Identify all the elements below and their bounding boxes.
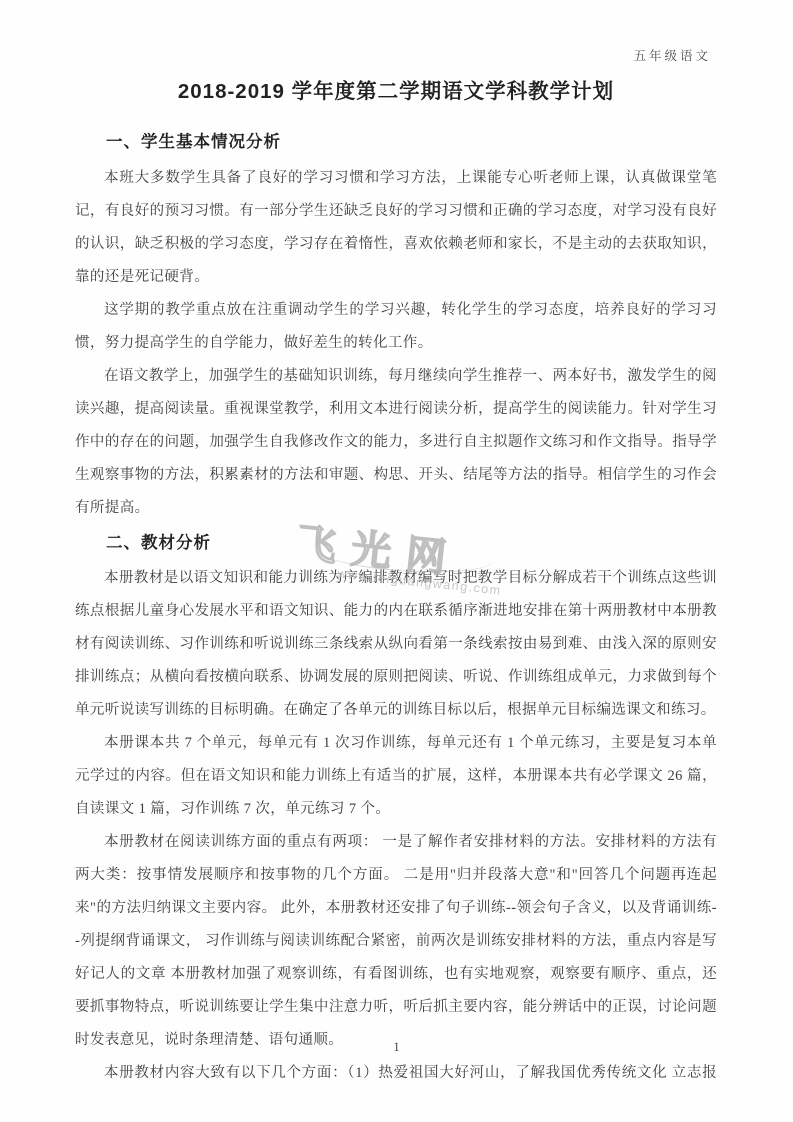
paragraph: 这学期的教学重点放在注重调动学生的学习兴趣，转化学生的学习态度，培养良好的学习习… [75, 294, 717, 360]
paragraph: 本册课本共 7 个单元，每单元有 1 次习作训练，每单元还有 1 个单元练习，主… [75, 727, 717, 826]
document-title: 2018-2019 学年度第二学期语文学科教学计划 [75, 78, 717, 106]
section-heading-textbook-analysis: 二、教材分析 [106, 533, 717, 554]
section-heading-student-analysis: 一、学生基本情况分析 [106, 132, 717, 153]
grade-subject-label: 五年级语文 [75, 48, 717, 64]
paragraph: 本班大多数学生具备了良好的学习习惯和学习方法，上课能专心听老师上课，认真做课堂笔… [75, 162, 717, 294]
paragraph: 本册教材内容大致有以下几个方面：（1）热爱祖国大好河山，了解我国优秀传统文化 立… [75, 1057, 717, 1090]
paragraph: 在语文教学上，加强学生的基础知识训练，每月继续向学生推荐一、两本好书，激发学生的… [75, 360, 717, 525]
paragraph: 本册教材在阅读训练方面的重点有两项： 一是了解作者安排材料的方法。安排材料的方法… [75, 826, 717, 1057]
page-number: 1 [0, 1040, 793, 1055]
section-student-analysis-body: 本班大多数学生具备了良好的学习习惯和学习方法，上课能专心听老师上课，认真做课堂笔… [75, 162, 717, 525]
document-page: 五年级语文 2018-2019 学年度第二学期语文学科教学计划 一、学生基本情况… [0, 0, 793, 1122]
section-textbook-analysis-body: 本册教材是以语文知识和能力训练为序编排教材编写时把教学目标分解成若干个训练点这些… [75, 562, 717, 1090]
paragraph: 本册教材是以语文知识和能力训练为序编排教材编写时把教学目标分解成若干个训练点这些… [75, 562, 717, 727]
